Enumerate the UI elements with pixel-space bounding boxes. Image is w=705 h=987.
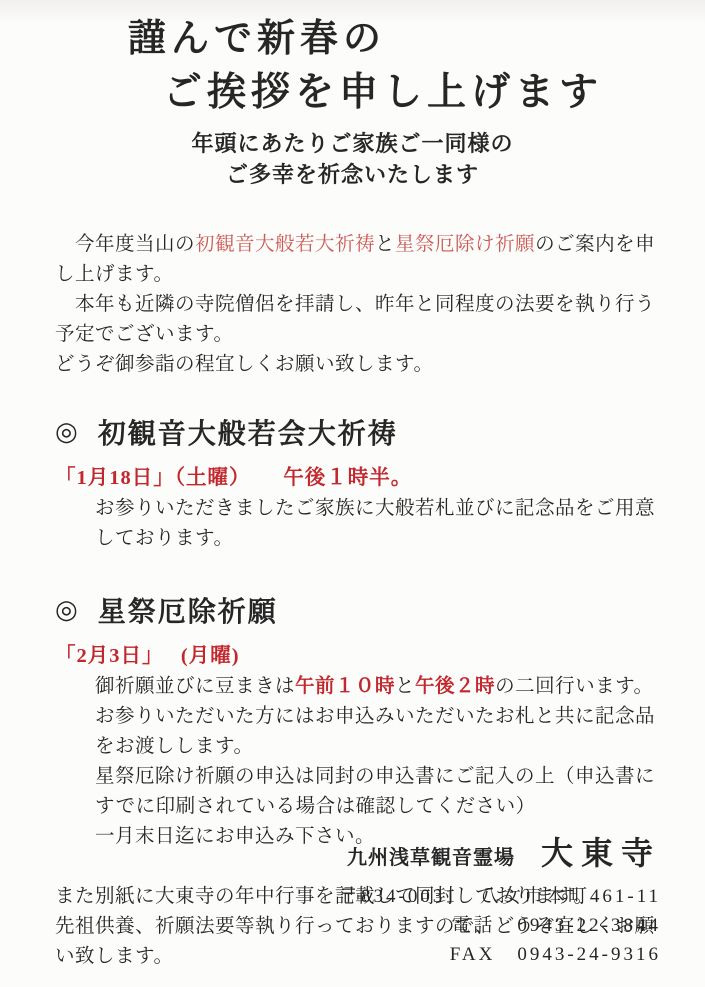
temple-sacred-site-name: 九州浅草観音霊場 bbox=[347, 841, 515, 870]
letter-title-line2: ご挨拶を申し上げます bbox=[163, 70, 705, 117]
intro-paragraph-2: 本年も近隣の寺院僧侶を拝請し、昨年と同程度の法要を執り行う予定でございます。 bbox=[55, 290, 661, 350]
mamemaki-connector: と bbox=[395, 676, 415, 697]
temple-name: 大東寺 bbox=[541, 828, 661, 874]
intro-paragraph-1: 今年度当山の初観音大般若大祈祷と星祭厄除け祈願のご案内を申し上げます。 bbox=[55, 230, 661, 290]
event-name-hoshimatsuri: 星祭厄除け祈願 bbox=[395, 234, 535, 255]
mamemaki-text: 御祈願並びに豆まきは bbox=[95, 676, 295, 697]
section-hatsukannon: ◎ 初観音大般若会大祈祷 「1月18日」（土曜） 午後１時半。 お参りいただきま… bbox=[55, 412, 661, 554]
letter-header: 謹んで新春の ご挨拶を申し上げます 年頭にあたりご家族ご一同様の ご多幸を祈念い… bbox=[0, 0, 705, 190]
section-hoshimatsuri: ◎ 星祭厄除祈願 「2月3日」 (月曜) 御祈願並びに豆まきは午前１０時と午後２… bbox=[55, 590, 661, 852]
section-hoshimatsuri-date: 「2月3日」 (月曜) bbox=[55, 638, 661, 668]
section-hatsukannon-title: 初観音大般若会大祈祷 bbox=[98, 412, 398, 452]
double-circle-marker: ◎ bbox=[55, 595, 80, 625]
temple-signature-block: 九州浅草観音霊場 大東寺 〒834-0031 八女市本町461-11 電話 09… bbox=[339, 828, 661, 969]
section-hoshimatsuri-body: 御祈願並びに豆まきは午前１０時と午後２時の二回行います。 お参りいただいた方には… bbox=[95, 672, 661, 852]
temple-fax: FAX 0943-24-9316 bbox=[339, 940, 661, 969]
letter-subtitle-line1: 年頭にあたりご家族ご一同様の bbox=[0, 128, 705, 159]
letter-subtitle-line2: ご多幸を祈念いたします bbox=[0, 159, 705, 190]
temple-name-line: 九州浅草観音霊場 大東寺 bbox=[339, 828, 661, 874]
time-morning: 午前１０時 bbox=[295, 676, 395, 697]
section-hatsukannon-body: お参りいただきましたご家族に大般若札並びに記念品をご用意しております。 bbox=[95, 494, 661, 554]
letter-page: 謹んで新春の ご挨拶を申し上げます 年頭にあたりご家族ご一同様の ご多幸を祈念い… bbox=[0, 0, 705, 987]
section-hatsukannon-date: 「1月18日」（土曜） 午後１時半。 bbox=[55, 460, 661, 490]
double-circle-marker: ◎ bbox=[55, 417, 80, 447]
intro-p1-text: 今年度当山の bbox=[55, 234, 195, 255]
hoshimatsuri-body-line1: 御祈願並びに豆まきは午前１０時と午後２時の二回行います。 bbox=[95, 672, 661, 702]
event-name-hatsukannon: 初観音大般若大祈祷 bbox=[195, 234, 375, 255]
hoshimatsuri-body-line3: 星祭厄除け祈願の申込は同封の申込書にご記入の上（申込書にすでに印刷されている場合… bbox=[95, 762, 661, 822]
temple-address: 〒834-0031 八女市本町461-11 bbox=[339, 882, 661, 911]
hoshimatsuri-body-line2: お参りいただいた方にはお申込みいただいたお札と共に記念品をお渡しします。 bbox=[95, 702, 661, 762]
letter-subtitle: 年頭にあたりご家族ご一同様の ご多幸を祈念いたします bbox=[0, 128, 705, 190]
section-hoshimatsuri-title: 星祭厄除祈願 bbox=[98, 590, 278, 630]
time-afternoon: 午後２時 bbox=[415, 676, 495, 697]
intro-paragraphs: 今年度当山の初観音大般若大祈祷と星祭厄除け祈願のご案内を申し上げます。 本年も近… bbox=[55, 230, 661, 380]
temple-contact-info: 〒834-0031 八女市本町461-11 電話 0943-22-3844 FA… bbox=[339, 882, 661, 969]
temple-phone: 電話 0943-22-3844 bbox=[339, 911, 661, 940]
section-hatsukannon-heading: ◎ 初観音大般若会大祈祷 bbox=[55, 412, 661, 452]
intro-p1-connector: と bbox=[375, 234, 395, 255]
mamemaki-tail: の二回行います。 bbox=[495, 676, 653, 697]
letter-title-line1: 謹んで新春の bbox=[128, 16, 705, 64]
section-hoshimatsuri-heading: ◎ 星祭厄除祈願 bbox=[55, 590, 661, 630]
intro-paragraph-3: どうぞ御参詣の程宜しくお願い致します。 bbox=[55, 350, 661, 380]
